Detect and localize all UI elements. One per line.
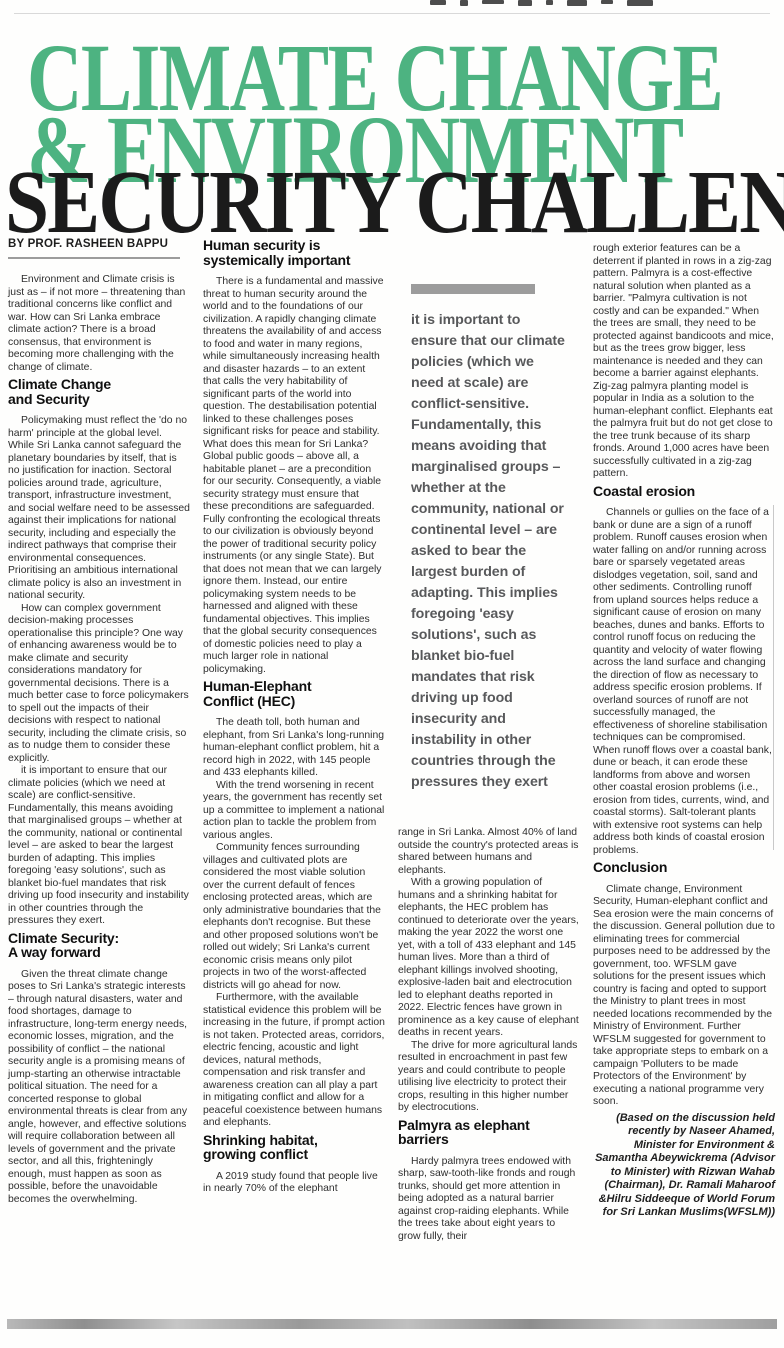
section-heading: Climate Security: A way forward <box>8 931 190 960</box>
article-paragraph: There is a fundamental and massive threa… <box>203 276 385 676</box>
section-heading: Coastal erosion <box>593 484 775 499</box>
article-paragraph: Policymaking must reflect the 'do no har… <box>8 415 190 603</box>
newspaper-page: CLIMATE CHANGE & ENVIRONMENT SECURITY CH… <box>0 0 784 1348</box>
masthead-fragment <box>567 0 587 6</box>
section-heading: Shrinking habitat, growing conflict <box>203 1133 385 1162</box>
masthead-fragment <box>546 0 553 5</box>
masthead-fragment <box>460 0 468 6</box>
column-4: rough exterior features can be a deterre… <box>593 238 775 1243</box>
masthead-fragment <box>430 0 760 9</box>
section-heading: Human security is systemically important <box>203 238 385 267</box>
article-paragraph: range in Sri Lanka. Almost 40% of land o… <box>398 827 580 877</box>
article-paragraph: Channels or gullies on the face of a ban… <box>593 507 775 857</box>
masthead-fragment <box>430 0 446 5</box>
article-paragraph: Climate change, Environment Security, Hu… <box>593 884 775 1109</box>
credit-note: (Based on the discussion held recently b… <box>593 1112 775 1220</box>
masthead-rule <box>14 13 770 14</box>
article-paragraph: The drive for more agricultural lands re… <box>398 1040 580 1115</box>
masthead-fragment <box>482 0 504 4</box>
column-2: Human security is systemically important… <box>203 238 385 1243</box>
section-heading: Palmyra as elephant barriers <box>398 1118 580 1147</box>
article-paragraph: it is important to ensure that our clima… <box>8 765 190 928</box>
article-paragraph: The death toll, both human and elephant,… <box>203 717 385 780</box>
byline-rule <box>8 257 180 259</box>
article-paragraph: rough exterior features can be a deterre… <box>593 243 775 481</box>
article-paragraph: Environment and Climate crisis is just a… <box>8 274 190 374</box>
article-paragraph: A 2019 study found that people live in n… <box>203 1171 385 1196</box>
section-heading: Human-Elephant Conflict (HEC) <box>203 679 385 708</box>
article-paragraph: With a growing population of humans and … <box>398 877 580 1040</box>
article-paragraph: Community fences surrounding villages an… <box>203 842 385 992</box>
column-3: it is important to ensure that our clima… <box>398 238 580 1243</box>
article-paragraph: Furthermore, with the available statisti… <box>203 992 385 1130</box>
column-1: BY PROF. RASHEEN BAPPU Environment and C… <box>8 238 190 1243</box>
byline: BY PROF. RASHEEN BAPPU <box>8 238 190 250</box>
masthead-fragment <box>518 0 532 6</box>
pull-quote-bar <box>411 284 535 294</box>
page-title-line3: SECURITY CHALLENGES <box>5 158 784 248</box>
scan-artifact-line <box>773 505 774 850</box>
article-paragraph: Given the threat climate change poses to… <box>8 969 190 1207</box>
article-paragraph: How can complex government decision-maki… <box>8 603 190 766</box>
bottom-divider-bar <box>7 1319 777 1329</box>
pull-quote: it is important to ensure that our clima… <box>411 310 569 793</box>
masthead-fragment <box>627 0 653 6</box>
section-heading: Conclusion <box>593 860 775 875</box>
section-heading: Climate Change and Security <box>8 377 190 406</box>
article-columns: BY PROF. RASHEEN BAPPU Environment and C… <box>8 238 776 1243</box>
article-paragraph: With the trend worsening in recent years… <box>203 780 385 843</box>
masthead-fragment <box>601 0 613 4</box>
article-paragraph: Hardy palmyra trees endowed with sharp, … <box>398 1156 580 1244</box>
